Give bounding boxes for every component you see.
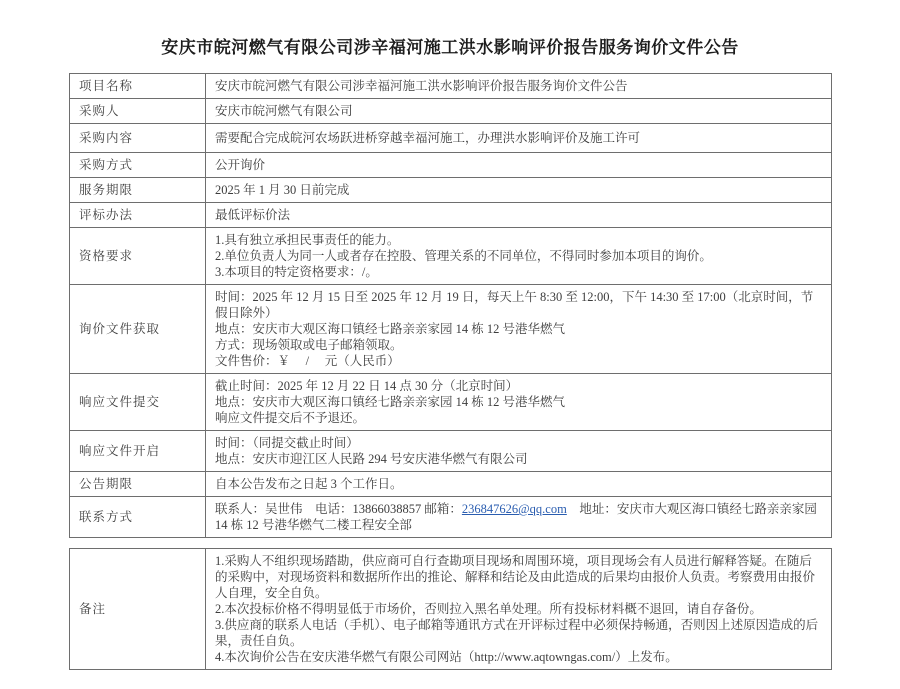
row-label: 评标办法 (70, 203, 206, 228)
value-line: 2.单位负责人为同一人或者存在控股、管理关系的不同单位，不得同时参加本项目的询价… (215, 248, 822, 264)
value-line: 1.具有独立承担民事责任的能力。 (215, 232, 822, 248)
row-qualification-requirements: 资格要求 1.具有独立承担民事责任的能力。 2.单位负责人为同一人或者存在控股、… (70, 228, 832, 285)
row-label: 项目名称 (70, 74, 206, 99)
row-service-period: 服务期限 2025 年 1 月 30 日前完成 (70, 178, 832, 203)
row-value: 2025 年 1 月 30 日前完成 (206, 178, 832, 203)
page-title: 安庆市皖河燃气有限公司涉辛福河施工洪水影响评价报告服务询价文件公告 (69, 36, 831, 60)
value-line: 需要配合完成皖河农场跃进桥穿越幸福河施工，办理洪水影响评价及施工许可 (215, 130, 822, 146)
value-line: 安庆市皖河燃气有限公司 (215, 103, 822, 119)
row-label: 服务期限 (70, 178, 206, 203)
value-line: 2025 年 1 月 30 日前完成 (215, 182, 822, 198)
value-line: 公开询价 (215, 157, 822, 173)
value-line: 响应文件提交后不予退还。 (215, 410, 822, 426)
value-line: 时间：（同提交截止时间） (215, 435, 822, 451)
row-value: 需要配合完成皖河农场跃进桥穿越幸福河施工，办理洪水影响评价及施工许可 (206, 124, 832, 153)
row-label: 联系方式 (70, 497, 206, 538)
row-value: 自本公告发布之日起 3 个工作日。 (206, 472, 832, 497)
remark-item: 4.本次询价公告在安庆港华燃气有限公司网站（http://www.aqtowng… (215, 649, 822, 665)
value-line: 自本公告发布之日起 3 个工作日。 (215, 476, 822, 492)
value-line: 地点：安庆市大观区海口镇经七路亲亲家园 14 栋 12 号港华燃气 (215, 321, 822, 337)
email-link[interactable]: 236847626@qq.com (462, 502, 567, 516)
row-announcement-period: 公告期限 自本公告发布之日起 3 个工作日。 (70, 472, 832, 497)
table-gap (69, 538, 831, 548)
row-response-opening: 响应文件开启 时间：（同提交截止时间） 地点：安庆市迎江区人民路 294 号安庆… (70, 431, 832, 472)
row-value: 安庆市皖河燃气有限公司 (206, 99, 832, 124)
row-response-submission: 响应文件提交 截止时间：2025 年 12 月 22 日 14 点 30 分（北… (70, 374, 832, 431)
row-value: 1.具有独立承担民事责任的能力。 2.单位负责人为同一人或者存在控股、管理关系的… (206, 228, 832, 285)
row-evaluation-method: 评标办法 最低评标价法 (70, 203, 832, 228)
contact-text-before: 联系人：吴世伟 电话：13866038857 邮箱： (215, 502, 462, 516)
row-project-name: 项目名称 安庆市皖河燃气有限公司涉幸福河施工洪水影响评价报告服务询价文件公告 (70, 74, 832, 99)
value-line: 时间：2025 年 12 月 15 日至 2025 年 12 月 19 日，每天… (215, 289, 822, 321)
row-purchaser: 采购人 安庆市皖河燃气有限公司 (70, 99, 832, 124)
row-label: 采购方式 (70, 153, 206, 178)
value-line: 文件售价：￥ / 元（人民币） (215, 353, 822, 369)
row-label: 响应文件提交 (70, 374, 206, 431)
remark-item: 2.本次投标价格不得明显低于市场价，否则拉入黑名单处理。所有投标材料概不退回，请… (215, 601, 822, 617)
row-label: 询价文件获取 (70, 285, 206, 374)
row-label: 公告期限 (70, 472, 206, 497)
row-label: 备注 (70, 549, 206, 670)
row-procurement-method: 采购方式 公开询价 (70, 153, 832, 178)
row-value: 最低评标价法 (206, 203, 832, 228)
row-value: 公开询价 (206, 153, 832, 178)
row-value: 截止时间：2025 年 12 月 22 日 14 点 30 分（北京时间） 地点… (206, 374, 832, 431)
value-line: 安庆市皖河燃气有限公司涉幸福河施工洪水影响评价报告服务询价文件公告 (215, 78, 822, 94)
row-label: 资格要求 (70, 228, 206, 285)
value-line: 地点：安庆市迎江区人民路 294 号安庆港华燃气有限公司 (215, 451, 822, 467)
row-value: 时间：2025 年 12 月 15 日至 2025 年 12 月 19 日，每天… (206, 285, 832, 374)
value-line: 方式：现场领取或电子邮箱领取。 (215, 337, 822, 353)
row-procurement-content: 采购内容 需要配合完成皖河农场跃进桥穿越幸福河施工，办理洪水影响评价及施工许可 (70, 124, 832, 153)
row-contact-info: 联系方式 联系人：吴世伟 电话：13866038857 邮箱：236847626… (70, 497, 832, 538)
row-value: 安庆市皖河燃气有限公司涉幸福河施工洪水影响评价报告服务询价文件公告 (206, 74, 832, 99)
row-value: 1.采购人不组织现场踏勘，供应商可自行查勘项目现场和周围环境，项目现场会有人员进… (206, 549, 832, 670)
value-line: 最低评标价法 (215, 207, 822, 223)
row-label: 采购内容 (70, 124, 206, 153)
contact-line: 联系人：吴世伟 电话：13866038857 邮箱：236847626@qq.c… (215, 501, 822, 533)
value-line: 截止时间：2025 年 12 月 22 日 14 点 30 分（北京时间） (215, 378, 822, 394)
row-label: 响应文件开启 (70, 431, 206, 472)
row-document-acquisition: 询价文件获取 时间：2025 年 12 月 15 日至 2025 年 12 月 … (70, 285, 832, 374)
row-remarks: 备注 1.采购人不组织现场踏勘，供应商可自行查勘项目现场和周围环境，项目现场会有… (70, 549, 832, 670)
row-value: 联系人：吴世伟 电话：13866038857 邮箱：236847626@qq.c… (206, 497, 832, 538)
row-value: 时间：（同提交截止时间） 地点：安庆市迎江区人民路 294 号安庆港华燃气有限公… (206, 431, 832, 472)
value-line: 3.本项目的特定资格要求：/。 (215, 264, 822, 280)
procurement-info-table: 项目名称 安庆市皖河燃气有限公司涉幸福河施工洪水影响评价报告服务询价文件公告 采… (69, 73, 832, 538)
value-line: 地点：安庆市大观区海口镇经七路亲亲家园 14 栋 12 号港华燃气 (215, 394, 822, 410)
document-page: 安庆市皖河燃气有限公司涉辛福河施工洪水影响评价报告服务询价文件公告 项目名称 安… (0, 0, 900, 670)
row-label: 采购人 (70, 99, 206, 124)
remark-item: 3.供应商的联系人电话（手机）、电子邮箱等通讯方式在开评标过程中必须保持畅通，否… (215, 617, 822, 649)
remark-item: 1.采购人不组织现场踏勘，供应商可自行查勘项目现场和周围环境，项目现场会有人员进… (215, 553, 822, 601)
remarks-table: 备注 1.采购人不组织现场踏勘，供应商可自行查勘项目现场和周围环境，项目现场会有… (69, 548, 832, 670)
